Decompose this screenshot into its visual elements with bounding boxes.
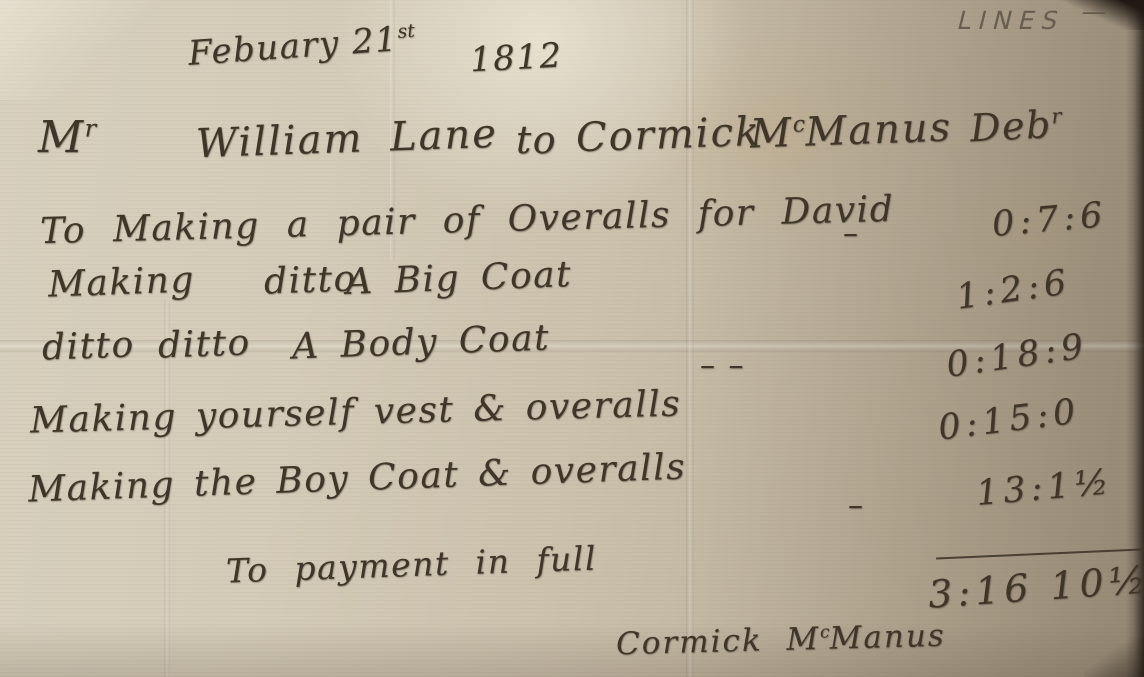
header-honorific-letter: M bbox=[38, 112, 85, 163]
top-left-highlight bbox=[0, 0, 210, 100]
item-description: Making yourself vest & overalls bbox=[30, 383, 682, 441]
pencil-annotation-dash: — bbox=[1078, 0, 1110, 26]
date-year: 1812 bbox=[469, 36, 563, 81]
item-word: ditto bbox=[157, 322, 251, 366]
total-amount: 3:16 10½ bbox=[927, 557, 1144, 616]
item-dash: – bbox=[848, 488, 865, 523]
date-day: Febuary 21st bbox=[187, 18, 417, 74]
item-word: Making bbox=[47, 259, 195, 305]
header-honorific-sup: r bbox=[85, 114, 97, 142]
line-item-1: To Making a pair of Overalls for David –… bbox=[0, 196, 1144, 262]
date-ordinal: st bbox=[397, 21, 416, 43]
header-debit-text: Deb bbox=[969, 102, 1053, 150]
line-item-5: Making the Boy Coat & overalls – 13:1½ bbox=[0, 452, 1144, 518]
signature-mc: M bbox=[786, 621, 821, 658]
signature-first-name: Cormick bbox=[616, 622, 764, 662]
line-item-2: Making ditto A Big Coat 1:2:6 bbox=[0, 258, 1144, 324]
header-creditor-mc: M bbox=[749, 110, 794, 157]
item-amount: 1:2:6 bbox=[954, 262, 1074, 318]
header-honorific: Mr bbox=[38, 112, 96, 163]
pencil-annotation-text: LINES bbox=[954, 6, 1068, 35]
item-word: ditto bbox=[263, 258, 357, 302]
header-creditor-first: Cormick bbox=[575, 109, 762, 161]
line-item-4: Making yourself vest & overalls 0:15:0 bbox=[0, 388, 1144, 454]
header-debtor-name: William Lane bbox=[195, 111, 498, 168]
signature-line: Cormick McManus bbox=[0, 618, 1144, 676]
signature-mc-sup: c bbox=[820, 622, 830, 642]
item-description: Making the Boy Coat & overalls bbox=[27, 447, 686, 511]
payment-line: To payment in full 3:16 10½ bbox=[0, 543, 1144, 623]
header-debit-sup: r bbox=[1051, 104, 1062, 128]
sum-rule bbox=[936, 549, 1141, 560]
billing-header: Mr William Lane to Cormick McManus Debr bbox=[0, 104, 1144, 174]
payment-label: To payment in full bbox=[225, 539, 597, 591]
item-amount: 13:1½ bbox=[975, 462, 1115, 514]
signature: Cormick McManus bbox=[616, 618, 947, 663]
item-description: A Big Coat bbox=[345, 254, 572, 303]
item-amount: 0:18:9 bbox=[944, 326, 1091, 385]
item-amount: 0:15:0 bbox=[936, 391, 1082, 448]
item-word: ditto bbox=[41, 324, 135, 368]
item-description: To Making a pair of Overalls for David bbox=[40, 189, 895, 252]
signature-surname-rest: Manus bbox=[829, 618, 946, 657]
item-description: A Body Coat bbox=[291, 318, 550, 368]
header-creditor-rest: Manus bbox=[805, 104, 953, 155]
header-debit-abbrev: Debr bbox=[969, 102, 1063, 151]
header-creditor-surname: McManus bbox=[749, 104, 953, 157]
date-day-text: Febuary 21 bbox=[187, 19, 400, 74]
handwritten-receipt-photo: LINES — Febuary 21st 1812 Mr William Lan… bbox=[0, 0, 1144, 677]
item-dash: – bbox=[843, 216, 860, 251]
line-item-3: ditto ditto A Body Coat – – 0:18:9 bbox=[0, 322, 1144, 388]
pencil-annotation: LINES — bbox=[954, 6, 1108, 35]
header-to-word: to bbox=[516, 118, 557, 162]
item-amount: 0:7:6 bbox=[990, 195, 1108, 245]
item-dash: – – bbox=[700, 348, 746, 383]
